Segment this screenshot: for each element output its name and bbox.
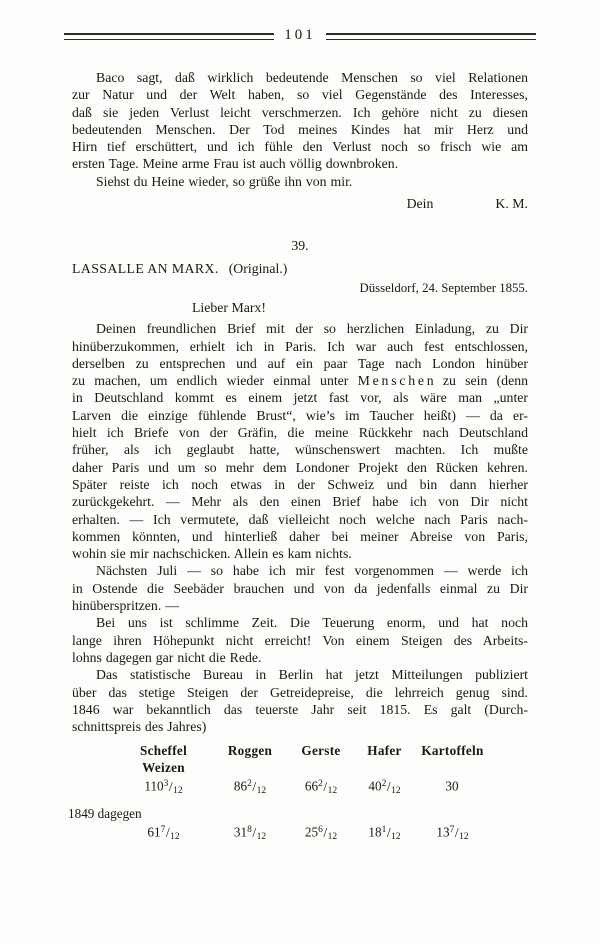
text-line: über das stetige Steigen der Getreidepre… [72, 684, 528, 701]
text-line: derselben zu entsprechen und auf ein paa… [72, 355, 528, 372]
text-line: bedeutenden Menschen. Der Tod meines Kin… [72, 121, 528, 138]
letter-salutation: Lieber Marx! [72, 299, 528, 316]
text-line: kommen könnten, und hinterließ daher bei… [72, 528, 528, 545]
text-line: in Deutschland kommt es einem jetzt fast… [72, 389, 528, 406]
letter-dateline: Düsseldorf, 24. September 1855. [72, 281, 528, 296]
text-line: hinüberspritzen. — [72, 597, 528, 614]
price-value: 662/12 [290, 776, 352, 800]
text-line: Später reiste ich noch etwas in der Schw… [72, 476, 528, 493]
text-line: Nächsten Juli — so habe ich mir fest vor… [72, 562, 528, 579]
page-header: 101 [64, 28, 536, 45]
price-value: 1103/12 [72, 776, 210, 800]
price-value: 181/12 [352, 822, 417, 846]
price-value: 617/12 [72, 822, 210, 846]
signoff-spacer [433, 195, 495, 212]
price-value: 862/12 [210, 776, 290, 800]
text-line: schnittspreis des Jahres) [72, 718, 528, 735]
table-row-1849: 617/12 318/12 256/12 181/12 137/12 [72, 822, 528, 846]
text-line: Hirn tief erschüttert, und ich fühle den… [72, 138, 528, 155]
text-line: in Ostende die Seebäder brauchen und von… [72, 580, 528, 597]
page-number: 101 [274, 27, 326, 44]
text-line: 1846 war bekanntlich das teuerste Jahr s… [72, 701, 528, 718]
text-line: Siehst du Heine wieder, so grüße ihn von… [72, 173, 528, 190]
price-value: 318/12 [210, 822, 290, 846]
table-header-cell: Hafer [352, 742, 417, 776]
text-line: zurückgekehrt. — Mehr als den einen Brie… [72, 493, 528, 510]
text-line: ersten Tage. Meine arme Frau ist auch vö… [72, 155, 528, 172]
text-line: früher, als ich geglaubt hatte, wünschen… [72, 441, 528, 458]
original-note: (Original.) [229, 261, 288, 276]
text-line: daher Paris und um so mehr dem Londoner … [72, 459, 528, 476]
book-page: 101 Baco sagt, daß wirklich bedeutende M… [0, 0, 600, 846]
text-line: Larven die einzige fühlende Brust“, wie’… [72, 407, 528, 424]
letter-heading-title: LASSALLE AN MARX. [72, 261, 219, 276]
letter-body: Deinen freundlichen Brief mit der so her… [72, 320, 528, 735]
letter-heading: LASSALLE AN MARX.(Original.) [72, 260, 528, 277]
table-header-cell: Kartoffeln [417, 742, 528, 776]
table-header-row: Scheffel Weizen Roggen Gerste Hafer Kart… [72, 742, 528, 776]
text-line: wohin sie mir nachschicken. Allein es ka… [72, 545, 528, 562]
table-row-1846: 1103/12 862/12 662/12 402/12 30 [72, 776, 528, 800]
text-line: zur Natur und der Welt haben, so viel Ge… [72, 86, 528, 103]
letter-39: 39. LASSALLE AN MARX.(Original.) Düsseld… [72, 237, 528, 846]
price-value: 30 [417, 776, 528, 800]
text-line: Das statistische Bureau in Berlin hat je… [72, 666, 528, 683]
price-value: 137/12 [417, 822, 528, 846]
table-header-cell: Roggen [210, 742, 290, 776]
text-line: zu machen, um endlich wieder einmal unte… [72, 372, 528, 389]
row-label-1849: 1849 dagegen [68, 805, 528, 822]
text-line: hielt ich Briefe von der Gräfin, die mei… [72, 424, 528, 441]
price-value: 256/12 [290, 822, 352, 846]
text-line: hinüberzukommen, erhielt ich in Paris. I… [72, 338, 528, 355]
signoff-word: Dein [407, 195, 434, 212]
signature-initials: K. M. [495, 195, 528, 212]
text-line: Bei uns ist schlimme Zeit. Die Teuerung … [72, 614, 528, 631]
letter-number: 39. [72, 237, 528, 254]
grain-price-table: Scheffel Weizen Roggen Gerste Hafer Kart… [72, 742, 528, 846]
text-line: daß sie jeden Verlust leicht verschmerze… [72, 104, 528, 121]
price-value: 402/12 [352, 776, 417, 800]
text-line: Deinen freundlichen Brief mit der so her… [72, 320, 528, 337]
text-line: lohns dagegen gar nicht die Rede. [72, 649, 528, 666]
table-header-cell: Gerste [290, 742, 352, 776]
text-line: erhalten. — Ich vermutete, daß vielleich… [72, 511, 528, 528]
text-line: Baco sagt, daß wirklich bedeutende Mensc… [72, 69, 528, 86]
letter-km-ending: Baco sagt, daß wirklich bedeutende Mensc… [72, 69, 528, 212]
table-header-cell: Scheffel Weizen [72, 742, 210, 776]
letter-signoff: Dein K. M. [72, 195, 528, 212]
header-rule-left [64, 33, 274, 40]
header-rule-right [326, 33, 536, 40]
text-line: lange ihren Höhepunkt nicht erreicht! Vo… [72, 632, 528, 649]
